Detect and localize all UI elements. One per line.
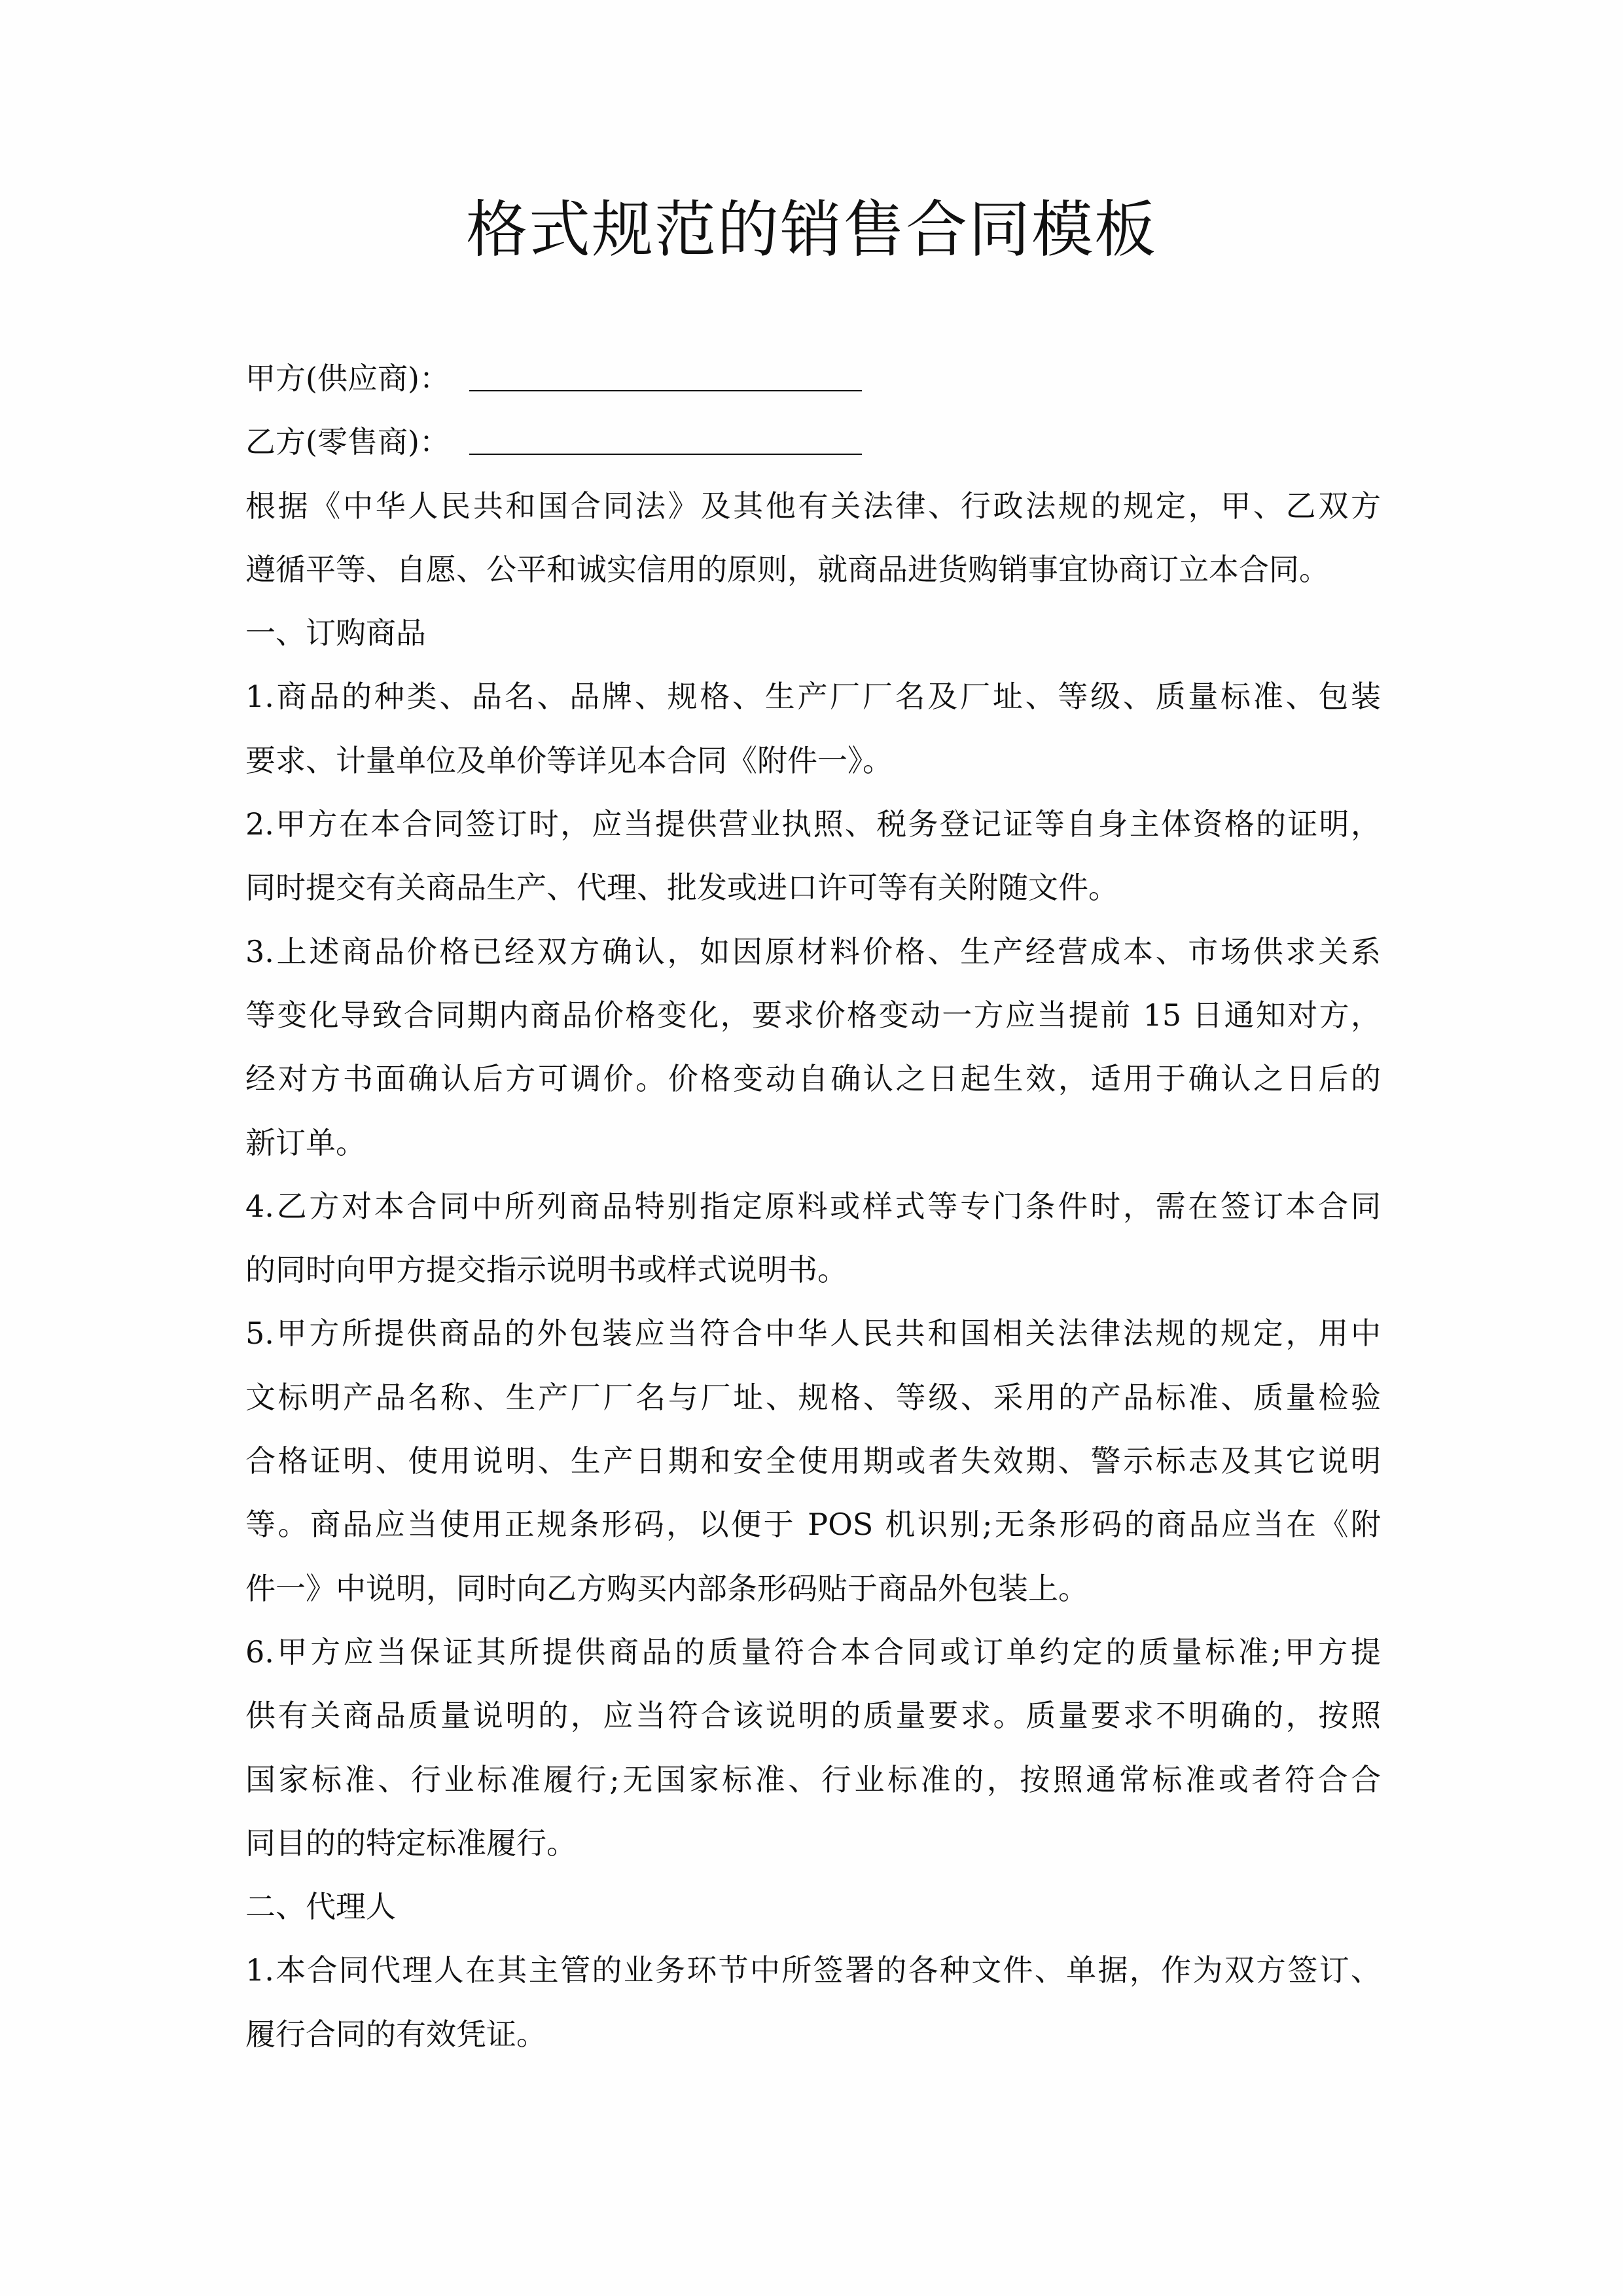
preamble-paragraph: 根据《中华人民共和国合同法》及其他有关法律、行政法规的规定，甲、乙双方 遵循平等… xyxy=(245,475,1381,602)
section-heading: 二、代理人 xyxy=(245,1875,1381,1939)
text-line: 根据《中华人民共和国合同法》及其他有关法律、行政法规的规定，甲、乙双方 xyxy=(245,475,1381,538)
party-a-fill-line[interactable] xyxy=(469,390,862,391)
party-b-row: 乙方(零售商)： xyxy=(245,410,1381,474)
document-body: 甲方(供应商)： 乙方(零售商)： 根据《中华人民共和国合同法》及其他有关法律、… xyxy=(245,347,1381,2066)
text-line: 4.乙方对本合同中所列商品特别指定原料或样式等专门条件时，需在签订本合同 xyxy=(245,1175,1381,1238)
text-line: 合格证明、使用说明、生产日期和安全使用期或者失效期、警示标志及其它说明 xyxy=(245,1429,1381,1493)
text-line: 件一》中说明，同时向乙方购买内部条形码贴于商品外包装上。 xyxy=(245,1557,1381,1621)
section-agent: 二、代理人 1.本合同代理人在其主管的业务环节中所签署的各种文件、单据，作为双方… xyxy=(245,1875,1381,2066)
text-line: 1.商品的种类、品名、品牌、规格、生产厂厂名及厂址、等级、质量标准、包装 xyxy=(245,665,1381,728)
party-b-fill-line[interactable] xyxy=(469,454,862,455)
text-line: 要求、计量单位及单价等详见本合同《附件一》。 xyxy=(245,729,1381,793)
section-heading: 一、订购商品 xyxy=(245,601,1381,665)
text-line: 国家标准、行业标准履行;无国家标准、行业标准的，按照通常标准或者符合合 xyxy=(245,1748,1381,1812)
text-line: 6.甲方应当保证其所提供商品的质量符合本合同或订单约定的质量标准;甲方提 xyxy=(245,1621,1381,1684)
text-line: 新订单。 xyxy=(245,1111,1381,1175)
text-line: 文标明产品名称、生产厂厂名与厂址、规格、等级、采用的产品标准、质量检验 xyxy=(245,1366,1381,1429)
clause-1-5: 5.甲方所提供商品的外包装应当符合中华人民共和国相关法律法规的规定，用中 文标明… xyxy=(245,1302,1381,1620)
text-line: 的同时向甲方提交指示说明书或样式说明书。 xyxy=(245,1238,1381,1302)
clause-1-1: 1.商品的种类、品名、品牌、规格、生产厂厂名及厂址、等级、质量标准、包装 要求、… xyxy=(245,665,1381,793)
text-line: 2.甲方在本合同签订时，应当提供营业执照、税务登记证等自身主体资格的证明， xyxy=(245,793,1381,856)
clause-1-4: 4.乙方对本合同中所列商品特别指定原料或样式等专门条件时，需在签订本合同 的同时… xyxy=(245,1175,1381,1302)
text-line: 等变化导致合同期内商品价格变化，要求价格变动一方应当提前 15 日通知对方， xyxy=(245,984,1381,1047)
document-page: 格式规范的销售合同模板 甲方(供应商)： 乙方(零售商)： 根据《中华人民共和国… xyxy=(0,0,1623,2296)
party-b-label: 乙方(零售商)： xyxy=(245,410,450,474)
text-line: 等。商品应当使用正规条形码，以便于 POS 机识别;无条形码的商品应当在《附 xyxy=(245,1493,1381,1556)
party-a-label: 甲方(供应商)： xyxy=(245,347,450,410)
clause-1-3: 3.上述商品价格已经双方确认，如因原材料价格、生产经营成本、市场供求关系 等变化… xyxy=(245,920,1381,1175)
text-line: 5.甲方所提供商品的外包装应当符合中华人民共和国相关法律法规的规定，用中 xyxy=(245,1302,1381,1365)
text-line: 遵循平等、自愿、公平和诚实信用的原则，就商品进货购销事宜协商订立本合同。 xyxy=(245,538,1381,601)
text-line: 供有关商品质量说明的，应当符合该说明的质量要求。质量要求不明确的，按照 xyxy=(245,1684,1381,1748)
document-title: 格式规范的销售合同模板 xyxy=(0,191,1623,270)
section-ordered-goods: 一、订购商品 1.商品的种类、品名、品牌、规格、生产厂厂名及厂址、等级、质量标准… xyxy=(245,601,1381,1875)
party-a-row: 甲方(供应商)： xyxy=(245,347,1381,410)
text-line: 同时提交有关商品生产、代理、批发或进口许可等有关附随文件。 xyxy=(245,856,1381,920)
clause-2-1: 1.本合同代理人在其主管的业务环节中所签署的各种文件、单据，作为双方签订、 履行… xyxy=(245,1939,1381,2066)
text-line: 同目的的特定标准履行。 xyxy=(245,1812,1381,1875)
text-line: 经对方书面确认后方可调价。价格变动自确认之日起生效，适用于确认之日后的 xyxy=(245,1047,1381,1111)
clause-1-2: 2.甲方在本合同签订时，应当提供营业执照、税务登记证等自身主体资格的证明， 同时… xyxy=(245,793,1381,920)
text-line: 3.上述商品价格已经双方确认，如因原材料价格、生产经营成本、市场供求关系 xyxy=(245,920,1381,984)
text-line: 履行合同的有效凭证。 xyxy=(245,2003,1381,2066)
clause-1-6: 6.甲方应当保证其所提供商品的质量符合本合同或订单约定的质量标准;甲方提 供有关… xyxy=(245,1621,1381,1875)
text-line: 1.本合同代理人在其主管的业务环节中所签署的各种文件、单据，作为双方签订、 xyxy=(245,1939,1381,2002)
